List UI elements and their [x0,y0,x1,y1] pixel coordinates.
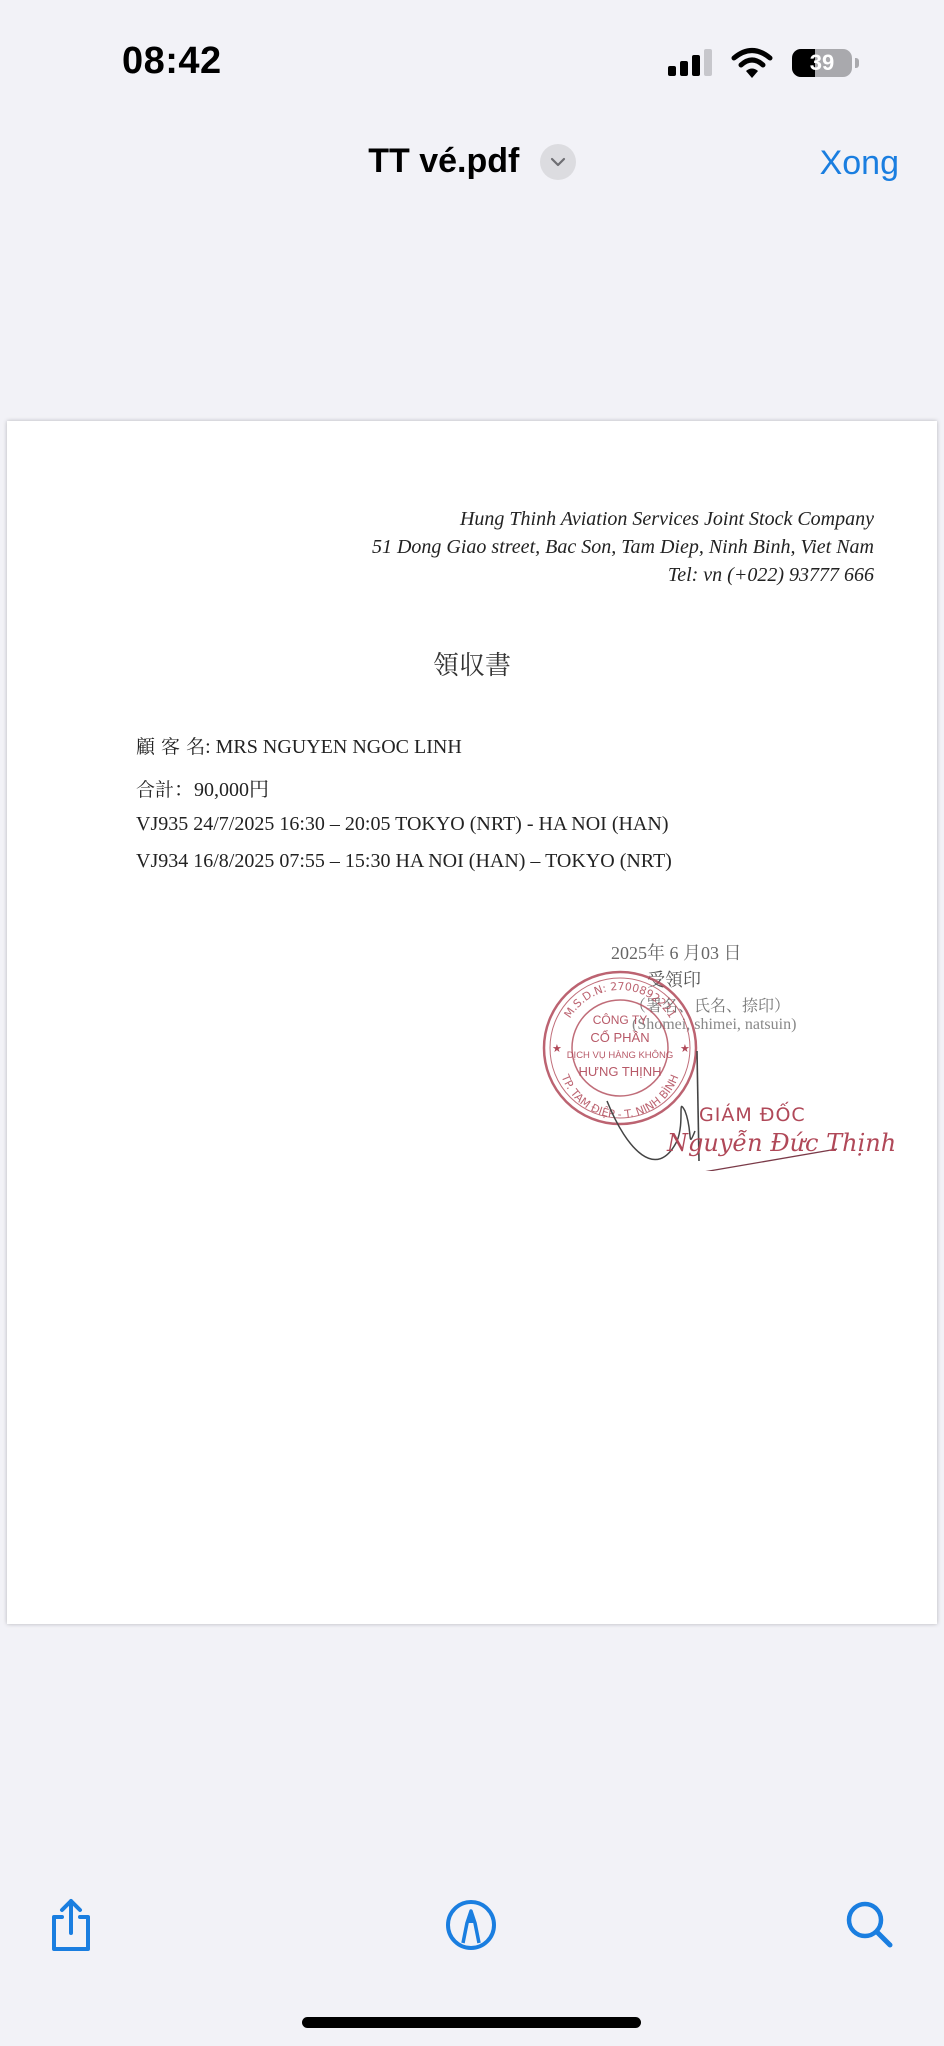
nav-bar: TT vé.pdf [0,142,944,181]
battery-percent: 39 [792,49,852,77]
chevron-down-icon[interactable] [540,144,576,180]
customer-value: : MRS NGUYEN NGOC LINH [205,736,462,758]
cellular-signal-icon [668,46,718,80]
svg-text:CÔNG TY: CÔNG TY [593,1012,647,1027]
director-name: Nguyễn Đức Thịnh [667,1129,896,1157]
search-icon[interactable] [840,1895,900,1955]
home-indicator[interactable] [302,2017,641,2028]
receipt-title: 領収書 [7,645,937,682]
svg-text:★: ★ [552,1043,562,1055]
share-icon[interactable] [40,1895,100,1955]
customer-line: 顧 客 名: MRS NGUYEN NGOC LINH [136,732,462,759]
done-button[interactable]: Xong [820,144,899,183]
customer-label: 顧 客 名 [136,736,205,758]
director-title: GIÁM ĐỐC [699,1104,806,1126]
company-name: Hung Thinh Aviation Services Joint Stock… [372,505,874,533]
battery-icon: 39 [792,49,852,77]
total-line: 合計：90,000円 [136,773,269,802]
markup-icon[interactable] [441,1895,501,1955]
flight-line: VJ934 16/8/2025 07:55 – 15:30 HA NOI (HA… [136,850,672,873]
total-label: 合計 [136,779,174,801]
company-address: 51 Dong Giao street, Bac Son, Tam Diep, … [372,533,874,561]
status-time: 08:42 [122,40,222,83]
flight-line: VJ935 24/7/2025 16:30 – 20:05 TOKYO (NRT… [136,813,668,836]
battery-nub [855,58,859,68]
company-tel: Tel: vn (+022) 93777 666 [372,561,874,589]
signature-date: 2025年 6 月03 日 [611,939,742,965]
document-title[interactable]: TT vé.pdf [368,142,519,181]
wifi-icon [730,46,774,80]
pdf-page[interactable]: Hung Thinh Aviation Services Joint Stock… [7,421,937,1624]
company-header: Hung Thinh Aviation Services Joint Stock… [372,505,874,589]
total-value: ：90,000円 [174,779,269,801]
